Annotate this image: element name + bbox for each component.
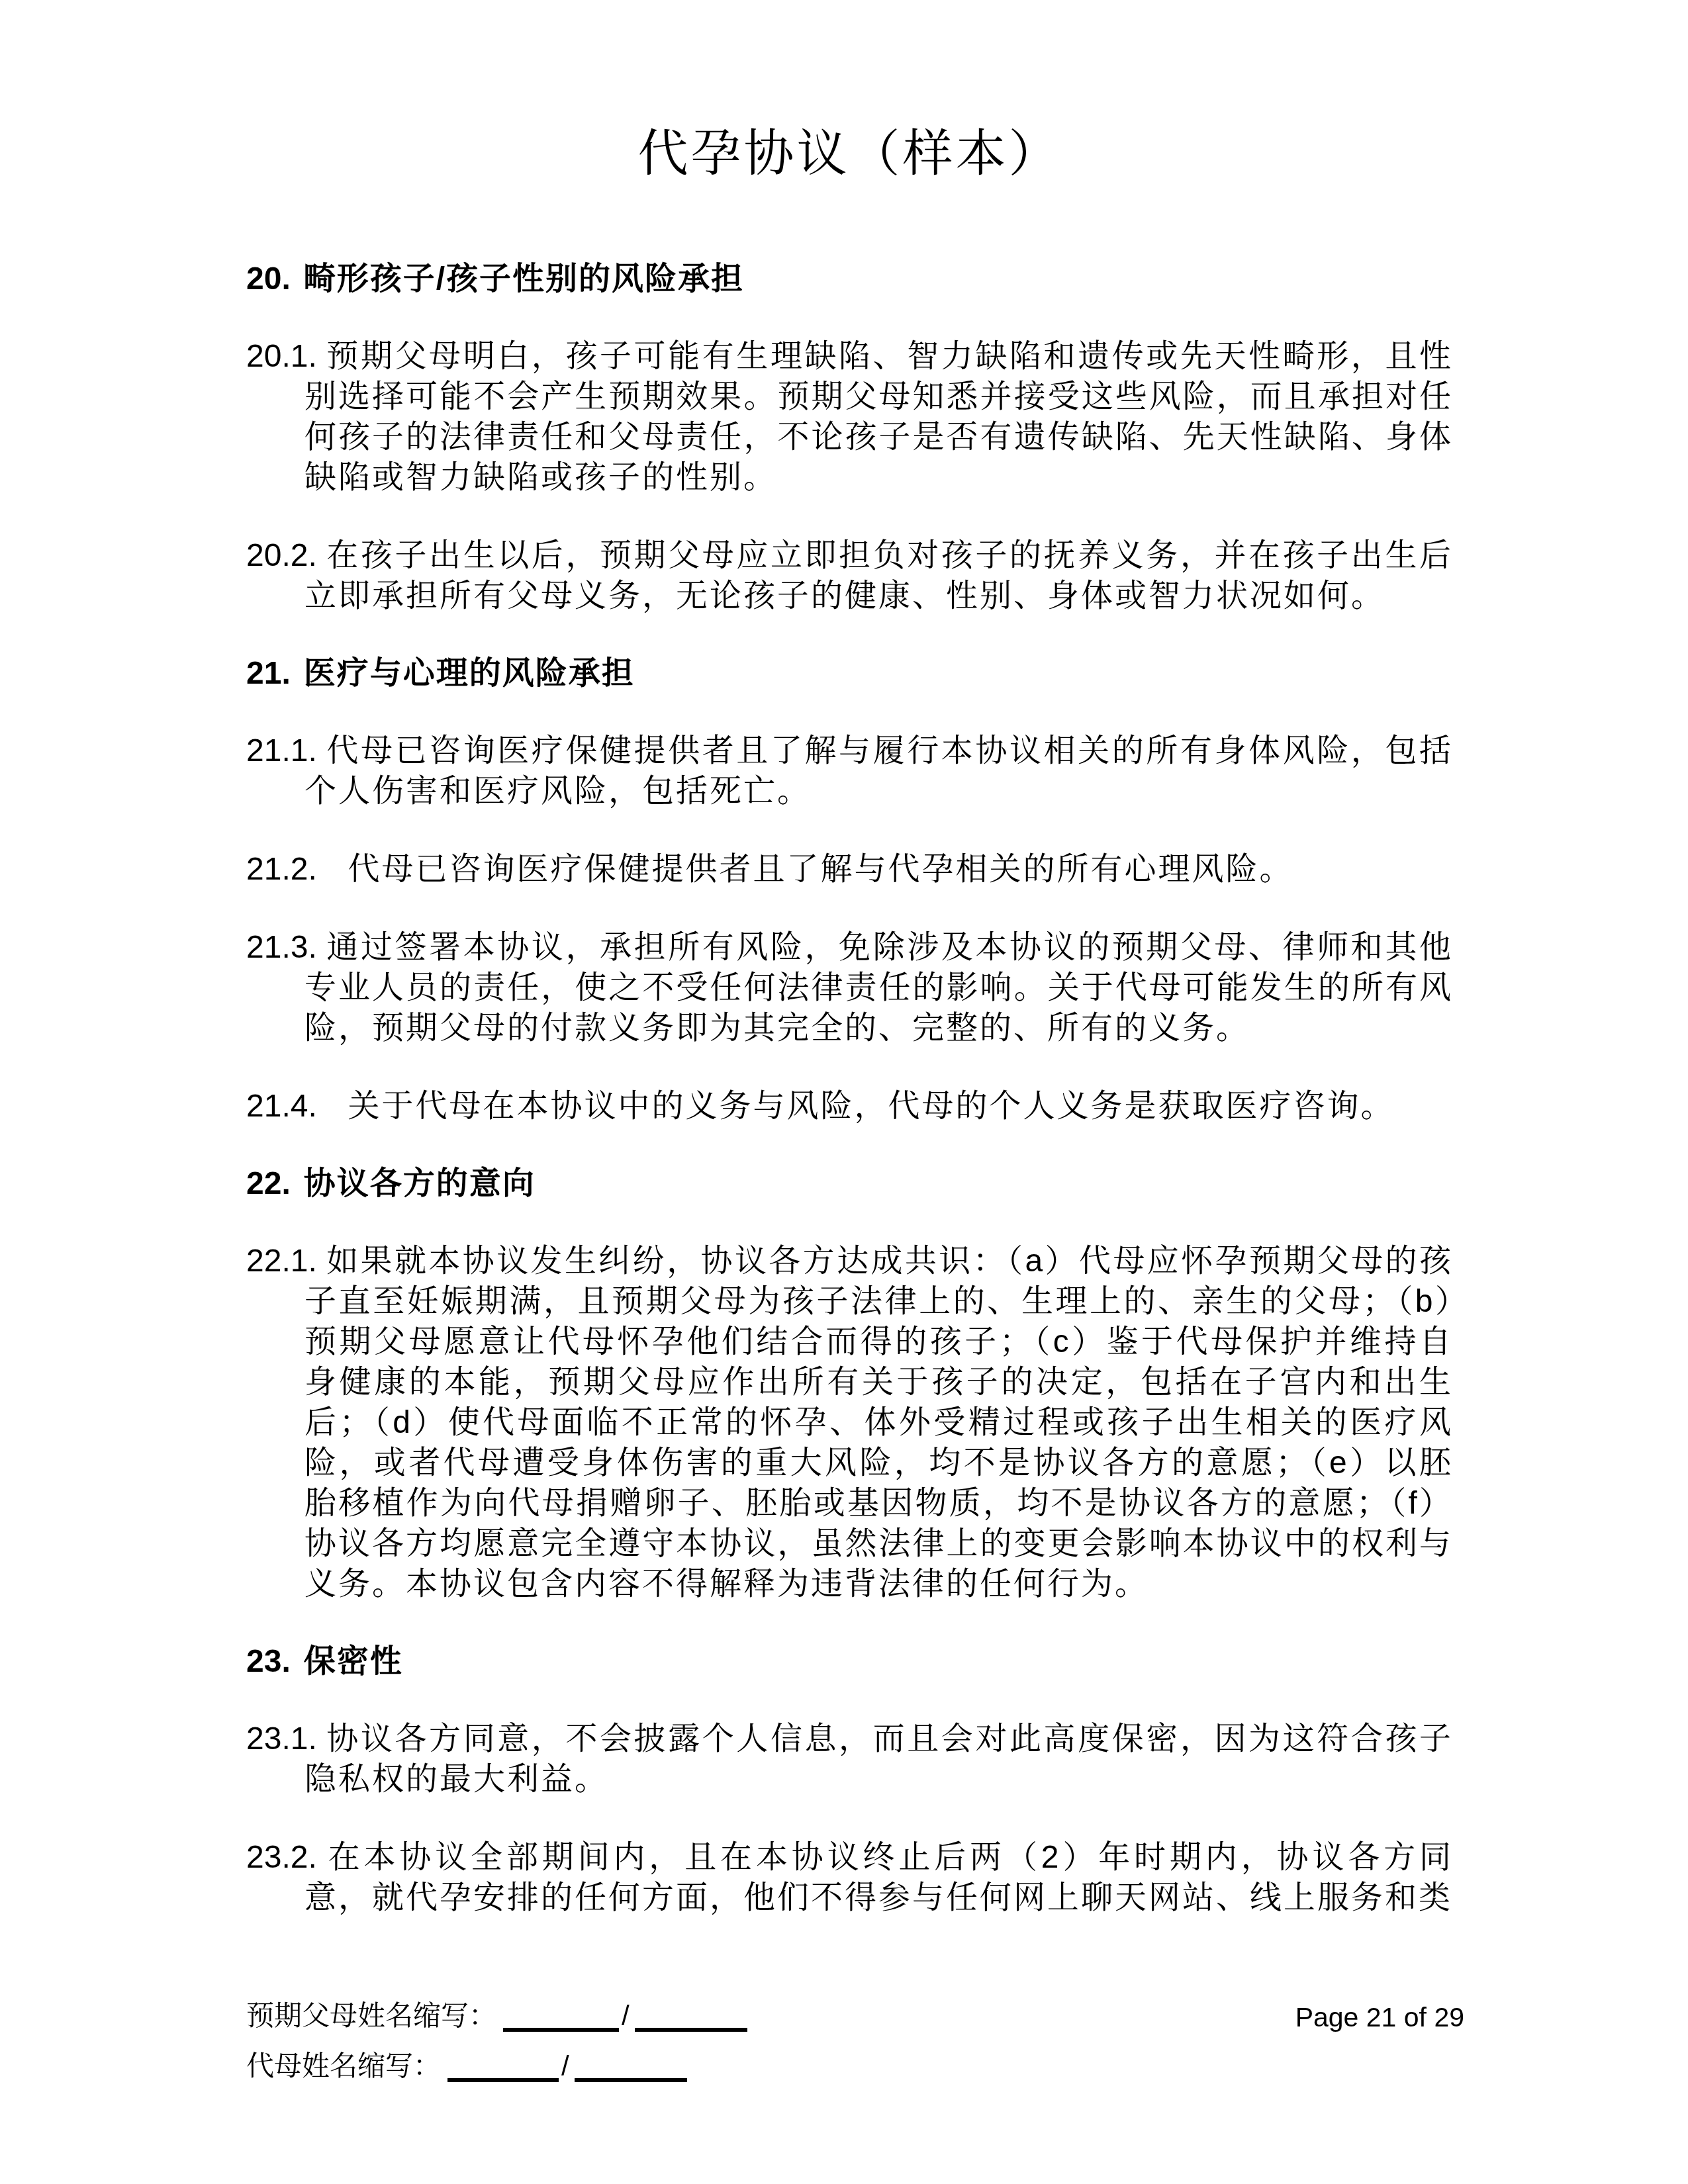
clause-20-2-number: 20.2. [246, 538, 317, 573]
section-20-number: 20. [246, 261, 291, 296]
clause-21-1-number: 21.1. [246, 733, 317, 768]
section-23-number: 23. [246, 1644, 291, 1679]
section-23-heading-text: 保密性 [304, 1644, 403, 1679]
clause-21-4-text: 关于代母在本协议中的义务与风险，代母的个人义务是获取医疗咨询。 [326, 1089, 1395, 1124]
clause-20-1-number: 20.1. [246, 339, 317, 374]
clause-23-1: 23.1.协议各方同意，不会披露个人信息，而且会对此高度保密，因为这符合孩子隐私… [246, 1719, 1453, 1799]
section-23-heading: 23.保密性 [246, 1643, 1453, 1681]
section-20: 20.畸形孩子/孩子性别的风险承担 20.1.预期父母明白，孩子可能有生理缺陷、… [246, 260, 1453, 616]
clause-21-3-number: 21.3. [246, 930, 317, 965]
clause-23-2-number: 23.2. [246, 1840, 317, 1875]
clause-21-4-number: 21.4. [246, 1089, 317, 1124]
surrogate-initials-row: 代母姓名缩写：/ [246, 2048, 747, 2085]
clause-23-1-text: 协议各方同意，不会披露个人信息，而且会对此高度保密，因为这符合孩子隐私权的最大利… [305, 1721, 1453, 1797]
section-21-heading-text: 医疗与心理的风险承担 [304, 656, 635, 691]
clause-21-3: 21.3.通过签署本协议，承担所有风险，免除涉及本协议的预期父母、律师和其他专业… [246, 927, 1453, 1048]
page-number: Page 21 of 29 [1295, 2000, 1464, 2034]
document-page: 代孕协议（样本） 20.畸形孩子/孩子性别的风险承担 20.1.预期父母明白，孩… [0, 0, 1688, 2184]
section-22: 22.协议各方的意向 22.1.如果就本协议发生纠纷，协议各方达成共识：（a）代… [246, 1165, 1453, 1604]
intended-parents-initials-label: 预期父母姓名缩写： [246, 2000, 496, 2031]
initials-blank-line [447, 2056, 559, 2082]
initials-blank-line [575, 2056, 687, 2082]
section-20-heading-text: 畸形孩子/孩子性别的风险承担 [304, 261, 744, 296]
initials-separator: / [622, 1997, 630, 2034]
clause-22-1-number: 22.1. [246, 1244, 317, 1279]
clause-23-2: 23.2.在本协议全部期间内，且在本协议终止后两（2）年时期内，协议各方同 意，… [246, 1837, 1453, 1918]
clause-21-2: 21.2. 代母已咨询医疗保健提供者且了解与代孕相关的所有心理风险。 [246, 849, 1453, 889]
initials-blank-line [635, 2005, 747, 2032]
intended-parents-initials-row: 预期父母姓名缩写：/ [246, 1997, 747, 2034]
section-22-heading-text: 协议各方的意向 [304, 1166, 536, 1201]
clause-21-4: 21.4. 关于代母在本协议中的义务与风险，代母的个人义务是获取医疗咨询。 [246, 1086, 1453, 1126]
clause-20-2: 20.2.在孩子出生以后，预期父母应立即担负对孩子的抚养义务，并在孩子出生后立即… [246, 535, 1453, 616]
initials-blank-line [503, 2005, 619, 2032]
section-21-heading: 21.医疗与心理的风险承担 [246, 655, 1453, 693]
footer-initials-block: 预期父母姓名缩写：/ 代母姓名缩写：/ [246, 1997, 747, 2085]
clause-20-1-text: 预期父母明白，孩子可能有生理缺陷、智力缺陷和遗传或先天性畸形，且性别选择可能不会… [305, 339, 1453, 495]
clause-22-1-text: 如果就本协议发生纠纷，协议各方达成共识：（a）代母应怀孕预期父母的孩子直至妊娠期… [305, 1244, 1453, 1602]
clause-23-2-text: 在本协议全部期间内，且在本协议终止后两（2）年时期内，协议各方同 意，就代孕安排… [305, 1840, 1453, 1915]
section-20-heading: 20.畸形孩子/孩子性别的风险承担 [246, 260, 1453, 298]
section-21: 21.医疗与心理的风险承担 21.1.代母已咨询医疗保健提供者且了解与履行本协议… [246, 655, 1453, 1126]
clause-21-1-text: 代母已咨询医疗保健提供者且了解与履行本协议相关的所有身体风险，包括个人伤害和医疗… [305, 733, 1453, 809]
surrogate-initials-label: 代母姓名缩写： [246, 2050, 441, 2081]
section-23: 23.保密性 23.1.协议各方同意，不会披露个人信息，而且会对此高度保密，因为… [246, 1643, 1453, 1918]
clause-22-1: 22.1.如果就本协议发生纠纷，协议各方达成共识：（a）代母应怀孕预期父母的孩子… [246, 1241, 1453, 1604]
section-21-number: 21. [246, 656, 291, 691]
clause-21-2-text: 代母已咨询医疗保健提供者且了解与代孕相关的所有心理风险。 [326, 852, 1293, 887]
section-22-heading: 22.协议各方的意向 [246, 1165, 1453, 1203]
document-title: 代孕协议（样本） [246, 122, 1453, 186]
clause-20-1: 20.1.预期父母明白，孩子可能有生理缺陷、智力缺陷和遗传或先天性畸形，且性别选… [246, 336, 1453, 498]
clause-21-2-number: 21.2. [246, 852, 317, 887]
clause-20-2-text: 在孩子出生以后，预期父母应立即担负对孩子的抚养义务，并在孩子出生后立即承担所有父… [305, 538, 1453, 614]
clause-21-1: 21.1.代母已咨询医疗保健提供者且了解与履行本协议相关的所有身体风险，包括个人… [246, 731, 1453, 811]
initials-separator: / [561, 2048, 569, 2085]
section-22-number: 22. [246, 1166, 291, 1201]
clause-23-1-number: 23.1. [246, 1721, 317, 1756]
clause-21-3-text: 通过签署本协议，承担所有风险，免除涉及本协议的预期父母、律师和其他专业人员的责任… [305, 930, 1453, 1046]
